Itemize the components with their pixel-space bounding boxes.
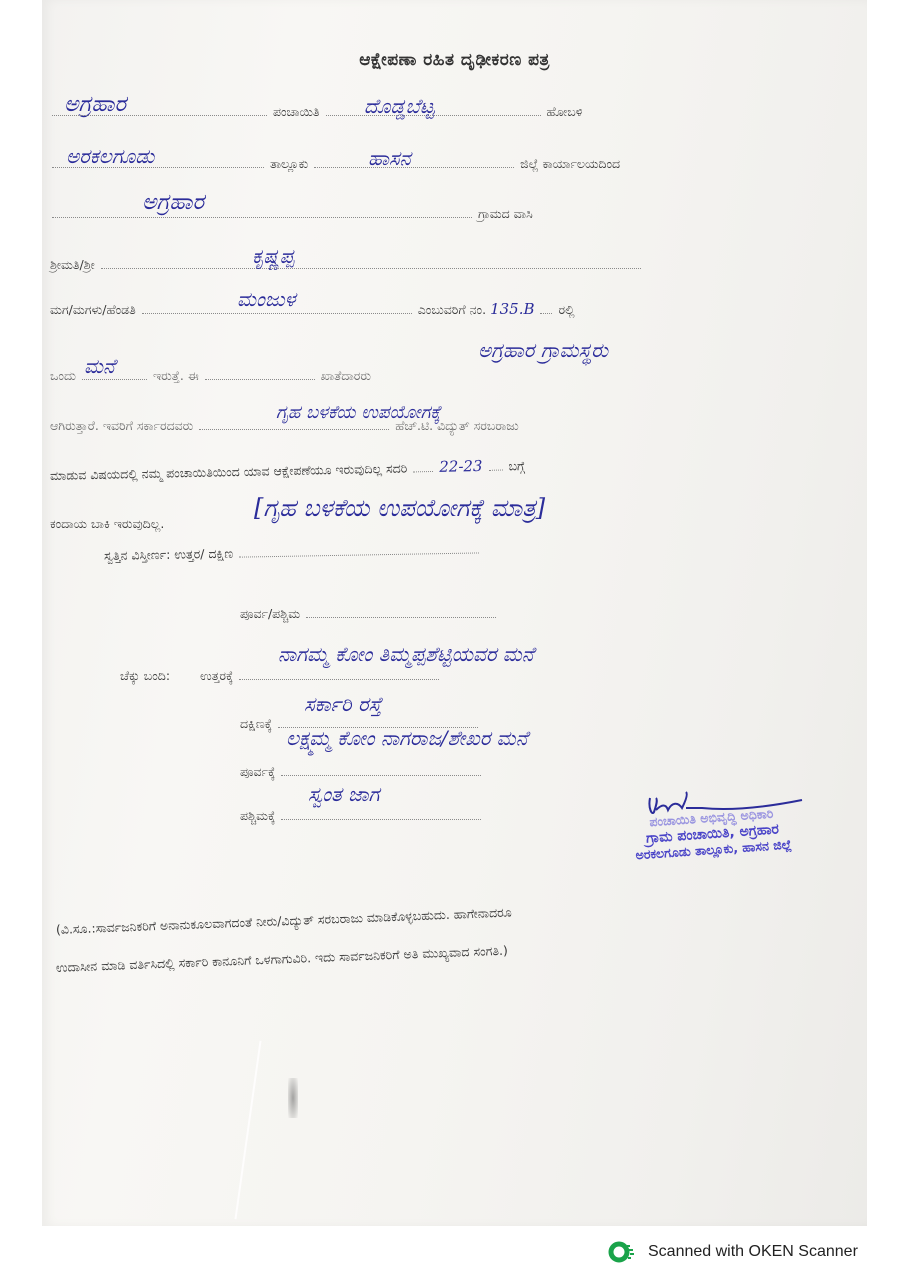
row-panchayat: ಪಂಚಾಯಿತಿ ಹೋಬಳಿ <box>50 104 583 120</box>
document-page: ಆಕ್ಷೇಪಣಾ ರಹಿತ ದೃಢೀಕರಣ ಪತ್ರ ಅಗ್ರಹಾರ ಪಂಚಾಯ… <box>42 0 867 1226</box>
east-label: ಪೂರ್ವಕ್ಕೆ <box>240 764 275 779</box>
fill-line <box>413 470 433 472</box>
boundary-label: ಚೆಕ್ಕು ಬಂದಿ: <box>120 668 170 683</box>
supply-purpose-value: ಗೃಹ ಬಳಕೆಯ ಉಪಯೋಗಕ್ಕೆ <box>276 402 441 423</box>
west-label: ಪಶ್ಚಿಮಕ್ಕೆ <box>240 808 275 823</box>
dues-text: ಕಂದಾಯ ಬಾಕಿ ಇರುವುದಿಲ್ಲ. <box>50 516 164 531</box>
fill-line <box>52 114 267 116</box>
fill-line <box>52 166 264 168</box>
usage-note-value: [ಗೃಹ ಬಳಕೆಯ ಉಪಯೋಗಕ್ಕೆ ಮಾತ್ರ] <box>254 494 545 522</box>
scanner-watermark: Scanned with OKEN Scanner <box>608 1240 858 1264</box>
property-prefix: ಒಂದು <box>50 368 76 383</box>
row-boundary-east: ಪೂರ್ವಕ್ಕೆ <box>240 764 483 780</box>
area-ns-label: ಸ್ವತ್ತಿನ ವಿಸ್ತೀರ್ಣ: ಉತ್ತರ/ ದಕ್ಷಿಣ <box>104 546 233 563</box>
fill-line <box>82 378 147 380</box>
owner-label: ಖಾತೆದಾರರು <box>321 368 371 383</box>
east-value: ಲಕ್ಷ್ಮಮ್ಮ ಕೋಂ ನಾಗರಾಜ/ಶೇಖರ ಮನೆ <box>286 726 528 750</box>
fill-line <box>101 267 641 269</box>
fill-line <box>281 818 481 820</box>
ink-smudge <box>288 1078 298 1118</box>
objection-text: ಮಾಡುವ ವಿಷಯದಲ್ಲಿ ನಮ್ಮ ಪಂಚಾಯಿತಿಯಿಂದ ಯಾವ ಆಕ… <box>50 461 408 483</box>
paper-crease <box>234 1041 261 1220</box>
oken-logo-icon <box>608 1240 638 1264</box>
fill-line <box>306 616 496 618</box>
supply-prefix: ಆಗಿರುತ್ತಾರೆ. ಇವರಿಗೆ ಸರ್ಕಾರದವರು <box>50 418 193 433</box>
row-name: ಶ್ರೀಮತಿ/ಶ್ರೀ <box>50 257 643 273</box>
taluk-label: ತಾಲ್ಲೂಕು <box>270 156 308 171</box>
document-title: ಆಕ್ಷೇಪಣಾ ರಹಿತ ದೃಢೀಕರಣ ಪತ್ರ <box>42 50 867 70</box>
row-dues: ಕಂದಾಯ ಬಾಕಿ ಇರುವುದಿಲ್ಲ. <box>50 516 164 532</box>
area-ew-label: ಪೂರ್ವ/ಪಶ್ಚಿಮ <box>240 606 300 621</box>
north-label: ಉತ್ತರಕ್ಕೆ <box>200 668 233 683</box>
hobli-label: ಹೋಬಳಿ <box>547 104 583 119</box>
west-value: ಸ್ವಂತ ಜಾಗ <box>308 782 379 806</box>
number-label: ಎಂಬುವರಿಗೆ ನಂ. <box>418 302 486 317</box>
hobli-value: ದೊಡ್ಡಬೆಟ್ಟ <box>364 94 434 118</box>
fill-line <box>540 312 552 314</box>
district-value: ಹಾಸನ <box>368 146 411 170</box>
fill-line <box>239 678 439 680</box>
south-value: ಸರ್ಕಾರಿ ರಸ್ತೆ <box>304 692 382 716</box>
relation-label: ಮಗ/ಮಗಳು/ಹೆಂಡತಿ <box>50 302 136 317</box>
watermark-text: Scanned with OKEN Scanner <box>648 1243 858 1261</box>
row-relation: ಮಗ/ಮಗಳು/ಹೆಂಡತಿ ಎಂಬುವರಿಗೆ ನಂ. 135.B ರಲ್ಲಿ <box>50 300 575 318</box>
number-suffix: ರಲ್ಲಿ <box>558 302 574 317</box>
row-area-ns: ಸ್ವತ್ತಿನ ವಿಸ್ತೀರ್ಣ: ಉತ್ತರ/ ದಕ್ಷಿಣ <box>104 541 481 564</box>
fill-line <box>239 551 479 557</box>
note-line-1: (ವಿ.ಸೂ.:ಸಾರ್ವಜನಿಕರಿಗೆ ಅನಾನುಕೂಲವಾಗದಂತೆ ನೀ… <box>56 904 512 937</box>
number-value: 135.B <box>490 300 534 318</box>
fill-line <box>281 774 481 776</box>
row-area-ew: ಪೂರ್ವ/ಪಶ್ಚಿಮ <box>240 606 498 622</box>
year-suffix: ಬಗ್ಗೆ <box>508 458 525 473</box>
south-label: ದಕ್ಷಿಣಕ್ಕೆ <box>240 716 272 731</box>
name-value: ಕೃಷ್ಣಪ್ಪ <box>252 244 294 268</box>
district-label: ಜಿಲ್ಲೆ ಕಾರ್ಯಾಲಯದಿಂದ <box>520 156 620 171</box>
fill-line <box>489 469 503 471</box>
name-label: ಶ್ರೀಮತಿ/ಶ್ರೀ <box>50 257 95 272</box>
fill-line <box>142 312 412 314</box>
property-value: ಮನೆ <box>84 354 115 378</box>
fill-line <box>314 166 514 168</box>
row-taluk: ತಾಲ್ಲೂಕು ಜಿಲ್ಲೆ ಕಾರ್ಯಾಲಯದಿಂದ <box>50 156 620 172</box>
row-boundary-west: ಪಶ್ಚಿಮಕ್ಕೆ <box>240 808 483 824</box>
row-objection: ಮಾಡುವ ವಿಷಯದಲ್ಲಿ ನಮ್ಮ ಪಂಚಾಯಿತಿಯಿಂದ ಯಾವ ಆಕ… <box>50 456 525 484</box>
fill-line <box>205 378 315 380</box>
note-line-2: ಉದಾಸೀನ ಮಾಡಿ ವರ್ತಿಸಿದಲ್ಲಿ ಸರ್ಕಾರಿ ಕಾನೂನಿಗ… <box>56 943 508 976</box>
year-value: 22-23 <box>439 457 483 476</box>
official-stamp: ಪಂಚಾಯಿತಿ ಅಭಿವೃದ್ಧಿ ಅಧಿಕಾರಿ ಗ್ರಾಮ ಪಂಚಾಯಿತ… <box>589 802 837 867</box>
north-value: ನಾಗಮ್ಮ ಕೋಂ ತಿಮ್ಮಪ್ಪಶೆಟ್ಟಿಯವರ ಮನೆ <box>278 642 534 666</box>
fill-line <box>52 216 472 218</box>
fill-line <box>199 428 389 430</box>
owner-value: ಅಗ್ರಹಾರ ಗ್ರಾಮಸ್ಥರು <box>478 338 608 362</box>
row-boundary-north: ಚೆಕ್ಕು ಬಂದಿ: ಉತ್ತರಕ್ಕೆ <box>120 668 441 684</box>
relation-value: ಮಂಜುಳ <box>237 287 296 311</box>
panchayat-label: ಪಂಚಾಯಿತಿ <box>273 104 320 119</box>
property-mid: ಇರುತ್ತೆ. ಈ <box>153 368 199 383</box>
village-label: ಗ್ರಾಮದ ವಾಸಿ <box>478 206 533 221</box>
row-village: ಗ್ರಾಮದ ವಾಸಿ <box>50 206 533 222</box>
